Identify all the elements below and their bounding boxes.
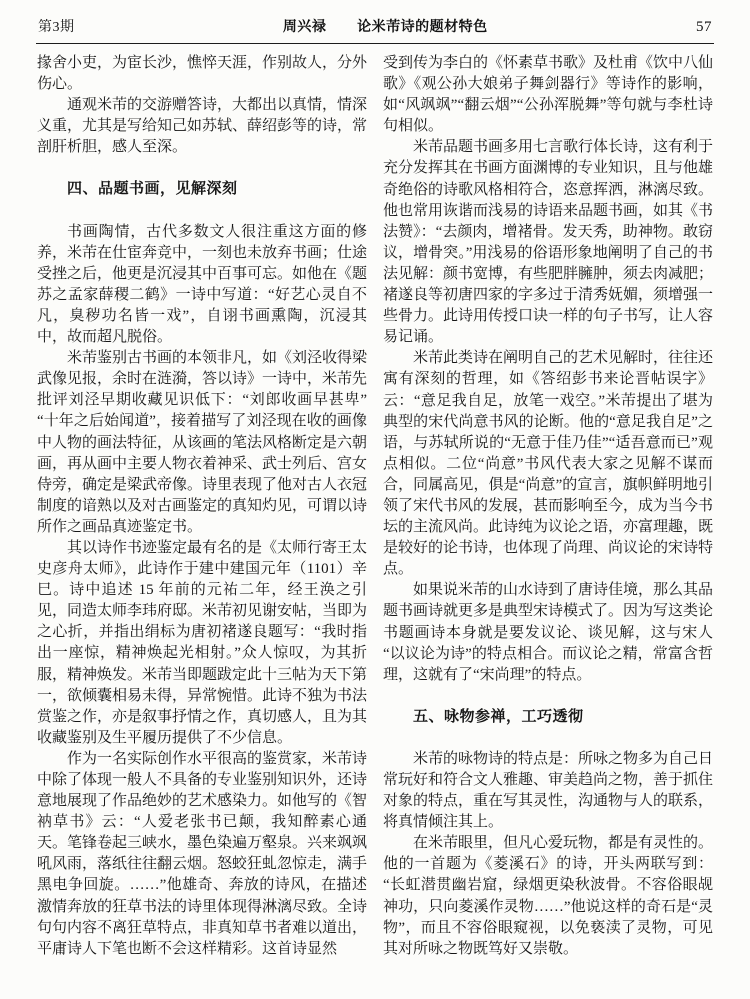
paragraph: 受到传为李白的《怀素草书歌》及杜甫《饮中八仙歌》《观公孙大娘弟子舞剑器行》等诗作… [383, 53, 713, 137]
issue-label: 第3期 [38, 16, 75, 36]
paragraph: 米芾品题书画多用七言歌行体长诗，这有利于充分发挥其在书画方面渊博的专业知识，且与… [383, 137, 713, 348]
paragraph: 米芾鉴别古书画的本领非凡，如《刘泾收得梁武像见报，余时在涟漪，答以诗》一诗中，米… [37, 348, 367, 538]
paragraph: 在米芾眼里，但凡心爱玩物，都是有灵性的。他的一首题为《菱溪石》的诗，开头两联写到… [383, 833, 713, 960]
paragraph: 米芾此类诗在阐明自己的艺术见解时，往往还寓有深刻的哲理，如《答绍彭书来论晋帖误字… [383, 348, 713, 580]
paragraph: 作为一名实际创作水平很高的鉴赏家，米芾诗中除了体现一般人不具备的专业鉴别知识外，… [37, 749, 367, 960]
page-number: 57 [696, 19, 712, 36]
article-title: 论米芾诗的题材特色 [357, 16, 488, 36]
running-title: 周兴禄 论米芾诗的题材特色 [283, 16, 488, 36]
right-column: 受到传为李白的《怀素草书歌》及杜甫《饮中八仙歌》《观公孙大娘弟子舞剑器行》等诗作… [383, 53, 713, 960]
paragraph: 如果说米芾的山水诗到了唐诗佳境，那么其品题书画诗就更多是典型宋诗模式了。因为写这… [383, 580, 713, 685]
paragraph: 掾舍小吏，为宦长沙，憔悴天涯，作别故人，分外伤心。 [37, 53, 367, 95]
section-heading-5: 五、咏物参禅，工巧透彻 [383, 707, 713, 728]
section-heading-4: 四、品题书画，见解深刻 [37, 179, 367, 200]
document-page: 第3期 周兴禄 论米芾诗的题材特色 57 掾舍小吏，为宦长沙，憔悴天涯，作别故人… [0, 0, 750, 999]
text-columns: 掾舍小吏，为宦长沙，憔悴天涯，作别故人，分外伤心。 通观米芾的交游赠答诗，大都出… [0, 44, 750, 960]
page-header: 第3期 周兴禄 论米芾诗的题材特色 57 [0, 0, 750, 36]
author-name: 周兴禄 [283, 16, 327, 36]
paragraph: 其以诗作书迹鉴定最有名的是《太师行寄王太史彦舟太师》，此诗作于建中建国元年（11… [37, 538, 367, 749]
paragraph: 通观米芾的交游赠答诗，大都出以真情，情深义重，尤其是写给知己如苏轼、薛绍彭等的诗… [37, 95, 367, 158]
left-column: 掾舍小吏，为宦长沙，憔悴天涯，作别故人，分外伤心。 通观米芾的交游赠答诗，大都出… [37, 53, 367, 960]
paragraph: 书画陶情，古代多数文人很注重这方面的修养，米芾在仕宦奔竞中，一刻也未放弃书画；仕… [37, 222, 367, 349]
paragraph: 米芾的咏物诗的特点是：所咏之物多为自己日常玩好和符合文人雅趣、审美趋尚之物，善于… [383, 749, 713, 833]
